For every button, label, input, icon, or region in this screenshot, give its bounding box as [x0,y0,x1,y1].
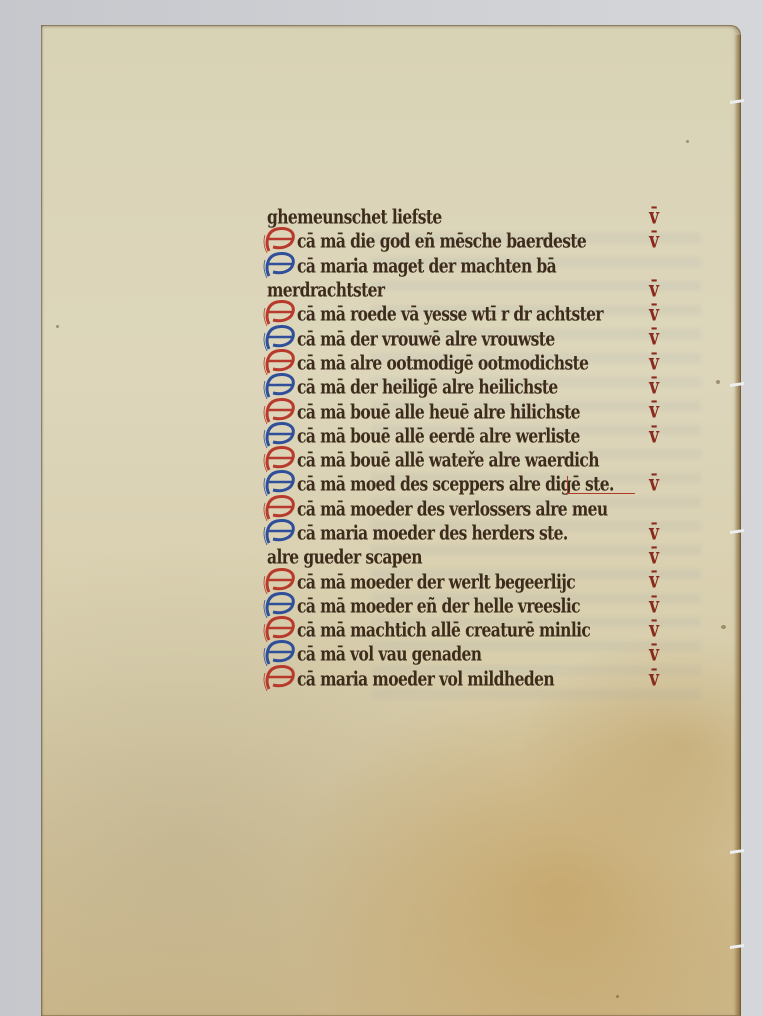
foxing-spot [56,325,59,328]
verse-mark: v̄ [649,469,659,500]
parchment-leaf: ghemeunschet liefste v̄ cā mā die god eñ… [41,25,741,1016]
text-line: alre gueder scapen v̄ [267,545,667,569]
verse-mark: v̄ [649,663,659,694]
text-line: cā mā roede vā yesse wtī r dr achtster v… [267,302,667,326]
foxing-spot [616,995,619,998]
text-line: cā mā der heiligē alre heilichste v̄ [267,375,667,399]
text-line: cā maria moeder vol mildheden v̄ [267,667,667,691]
verse-mark: v̄ [649,226,659,257]
line-text: cā maria moeder vol mildheden [297,664,554,694]
text-line: cā mā vol vau genaden v̄ [267,642,667,666]
text-line: cā mā moed des sceppers alre digē ste. v… [267,472,667,496]
red-initial-icon [263,667,297,691]
foxing-spot [716,380,720,384]
leaf-edge [734,35,741,1015]
rubric-bracket [567,476,568,494]
verse-mark: v̄ [649,420,659,451]
foxing-spot [721,625,726,629]
litany-text-block: ghemeunschet liefste v̄ cā mā die god eñ… [267,205,667,691]
foxing-spot [686,140,689,143]
text-line: cā mā die god eñ mēsche baerdeste v̄ [267,229,667,253]
